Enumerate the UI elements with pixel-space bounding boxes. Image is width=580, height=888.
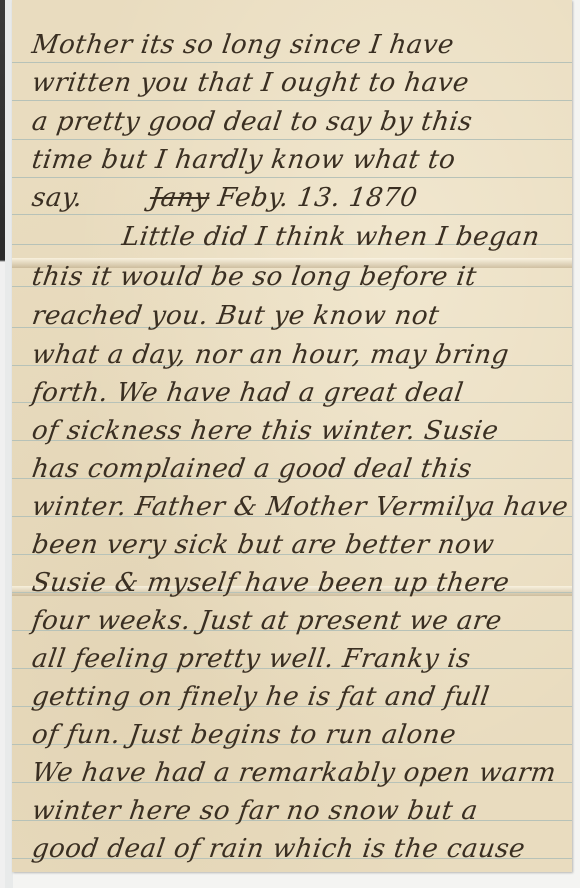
letter-line: a pretty good deal to say by this: [30, 107, 474, 137]
letter-line: time but I hardly know what to: [30, 145, 457, 175]
ruled-line: [12, 139, 572, 140]
letter-line: four weeks. Just at present we are: [30, 606, 504, 636]
letter-line: written you that I ought to have: [30, 68, 471, 98]
letter-line: Mother its so long since I have: [30, 30, 456, 60]
letter-line: of fun. Just begins to run alone: [30, 720, 458, 750]
letter-line: getting on finely he is fat and full: [30, 682, 491, 712]
letter-line: of sickness here this winter. Susie: [30, 416, 500, 446]
letter-line: forth. We have had a great deal: [30, 378, 465, 408]
letter-line: winter here so far no snow but a: [30, 796, 480, 826]
letter-line: been very sick but are better now: [30, 530, 496, 560]
letter-line: has complained a good deal this: [30, 454, 474, 484]
date-line: say. Jany Feby. 13. 1870: [30, 183, 419, 213]
struck-month: Jany: [148, 183, 212, 213]
ruled-line: [12, 100, 572, 101]
ruled-line: [12, 214, 572, 215]
letter-line: reached you. But ye know not: [30, 301, 441, 331]
letter-date: Feby. 13. 1870: [216, 183, 419, 213]
letter-line: good deal of rain which is the cause: [30, 834, 527, 864]
letter-line: all feeling pretty well. Franky is: [30, 644, 472, 674]
ruled-line: [12, 62, 572, 63]
letter-line: winter. Father & Mother Vermilya have: [30, 492, 570, 522]
salutation-end: say.: [30, 183, 85, 213]
letter-line: We have had a remarkably open warm: [30, 758, 558, 788]
letter-line: what a day, nor an hour, may bring: [30, 340, 511, 370]
letter-page: Mother its so long since I have written …: [12, 0, 572, 872]
letter-line: Susie & myself have been up there: [30, 568, 511, 598]
ruled-line: [12, 177, 572, 178]
letter-line: Little did I think when I began: [30, 222, 542, 252]
letter-line: this it would be so long before it: [30, 262, 479, 292]
